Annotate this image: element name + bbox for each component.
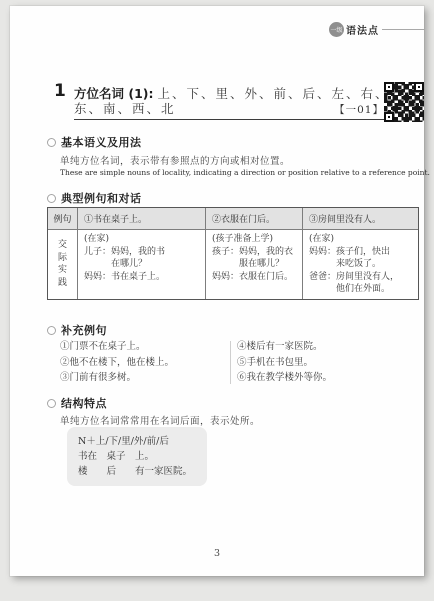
section-basic-usage: 基本语义及用法 [47, 134, 142, 150]
table-corner-label: 例句 [48, 208, 78, 229]
section-typical-heading: 典型例句和对话 [61, 190, 142, 206]
basic-usage-chinese: 单纯方位名词，表示带有参照点的方向或相对位置。 [60, 153, 290, 167]
section-bullet-icon [47, 138, 56, 147]
scanned-textbook-page: 一级 语法点 1 方位名词 (1):上、下、里、外、前、后、左、右、 东、南、西… [0, 0, 434, 601]
dialog-3: (在家) 妈妈：孩子们，快出 来吃饭了。 爸爸：房间里没有人， 他们在外面。 [303, 230, 418, 299]
column-divider [230, 341, 231, 384]
supplementary-examples: ①门票不在桌子上。 ②他不在楼下，他在楼上。 ③门前有很多树。 ④楼后有一家医院… [60, 339, 406, 386]
section-typical-examples: 典型例句和对话 [47, 190, 142, 206]
table-body-row: 交 际 实 践 (在家) 儿子：妈妈，我的书 在哪儿？ 妈妈：书在桌子上。 (孩… [48, 230, 418, 299]
section-supplementary: 补充例句 [47, 322, 107, 338]
section-supplementary-heading: 补充例句 [61, 322, 107, 338]
table-row-label: 交 际 实 践 [48, 230, 78, 299]
section-bullet-icon [47, 399, 56, 408]
section-structure-heading: 结构特点 [61, 395, 107, 411]
audio-ref-code: 【一01】 [334, 102, 384, 117]
badge-rule [382, 29, 424, 30]
section-structure: 结构特点 [47, 395, 107, 411]
title-words-line2: 东、南、西、北 [74, 99, 176, 117]
structure-note: 单纯方位名词常常用在名词后面，表示处所。 [60, 413, 260, 427]
structure-pattern-box: N＋上/下/里/外/前/后 书在 桌子 上。 楼 后 有一家医院。 [67, 427, 207, 486]
section-basic-heading: 基本语义及用法 [61, 134, 142, 150]
grammar-point-number: 1 [54, 81, 66, 101]
title-words-line1: 上、下、里、外、前、后、左、右、 [157, 86, 389, 101]
level-badge: 一级 语法点 [329, 22, 424, 37]
supplementary-right-column: ④楼后有一家医院。 ⑤手机在书包里。 ⑥我在教学楼外等你。 [237, 339, 332, 386]
dialog-2: (孩子准备上学) 孩子：妈妈，我的衣 服在哪儿？ 妈妈：衣服在门后。 [206, 230, 303, 299]
basic-usage-english: These are simple nouns of locality, indi… [60, 168, 430, 177]
example-sentence-1: ①书在桌子上。 [78, 208, 206, 229]
example-sentence-2: ②衣服在门后。 [206, 208, 303, 229]
examples-table: 例句 ①书在桌子上。 ②衣服在门后。 ③房间里没有人。 交 际 实 践 (在家)… [47, 207, 419, 300]
supplementary-left-column: ①门票不在桌子上。 ②他不在楼下，他在楼上。 ③门前有很多树。 [60, 339, 230, 386]
section-bullet-icon [47, 326, 56, 335]
table-header-row: 例句 ①书在桌子上。 ②衣服在门后。 ③房间里没有人。 [48, 208, 418, 230]
dialog-1: (在家) 儿子：妈妈，我的书 在哪儿？ 妈妈：书在桌子上。 [78, 230, 206, 299]
qr-code-icon [384, 82, 424, 122]
section-bullet-icon [47, 194, 56, 203]
page: 一级 语法点 1 方位名词 (1):上、下、里、外、前、后、左、右、 东、南、西… [10, 6, 424, 576]
grammar-point-title-continued: 东、南、西、北 【一01】 [74, 100, 384, 120]
example-sentence-3: ③房间里没有人。 [303, 208, 418, 229]
level-circle-icon: 一级 [329, 22, 344, 37]
level-badge-label: 语法点 [346, 22, 379, 37]
page-number: 3 [10, 548, 424, 559]
